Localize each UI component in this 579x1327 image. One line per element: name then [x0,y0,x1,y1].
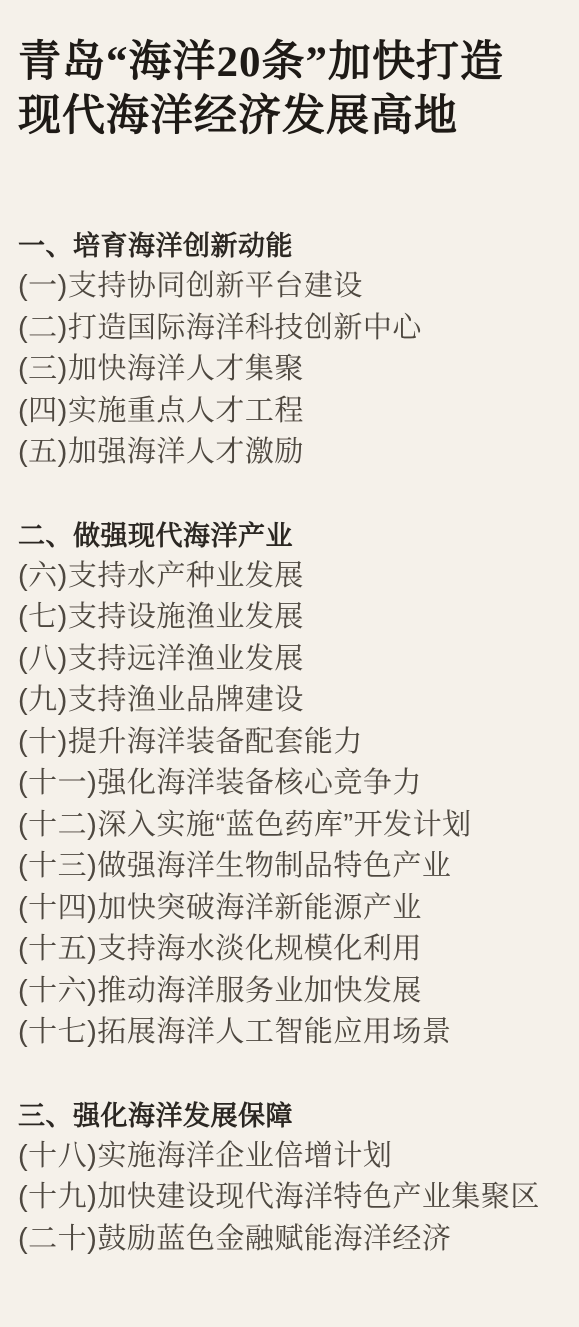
list-item: (十三)做强海洋生物制品特色产业 [18,846,565,888]
list-item: (九)支持渔业品牌建设 [18,680,565,722]
list-item: (十九)加快建设现代海洋特色产业集聚区 [18,1177,565,1219]
section-industry-heading: 二、做强现代海洋产业 [18,516,565,556]
section-innovation-list: (一)支持协同创新平台建设 (二)打造国际海洋科技创新中心 (三)加快海洋人才集… [18,266,565,474]
section-industry: 二、做强现代海洋产业 (六)支持水产种业发展 (七)支持设施渔业发展 (八)支持… [18,516,565,1054]
list-item: (六)支持水产种业发展 [18,556,565,598]
list-item: (十五)支持海水淡化规模化利用 [18,929,565,971]
section-innovation-heading: 一、培育海洋创新动能 [18,226,565,266]
list-item: (四)实施重点人才工程 [18,391,565,433]
page-title-line-1: 青岛“海洋20条”加快打造 [18,36,565,90]
list-item: (二)打造国际海洋科技创新中心 [18,308,565,350]
list-item: (十六)推动海洋服务业加快发展 [18,971,565,1013]
section-support-heading: 三、强化海洋发展保障 [18,1096,565,1136]
list-item: (十一)强化海洋装备核心竞争力 [18,763,565,805]
list-item: (十)提升海洋装备配套能力 [18,722,565,764]
list-item: (二十)鼓励蓝色金融赋能海洋经济 [18,1219,565,1261]
page-title: 青岛“海洋20条”加快打造 现代海洋经济发展高地 [18,36,565,144]
list-item: (三)加快海洋人才集聚 [18,349,565,391]
list-item: (十七)拓展海洋人工智能应用场景 [18,1012,565,1054]
list-item: (十八)实施海洋企业倍增计划 [18,1136,565,1178]
list-item: (一)支持协同创新平台建设 [18,266,565,308]
section-support-list: (十八)实施海洋企业倍增计划 (十九)加快建设现代海洋特色产业集聚区 (二十)鼓… [18,1136,565,1261]
list-item: (十四)加快突破海洋新能源产业 [18,888,565,930]
section-support: 三、强化海洋发展保障 (十八)实施海洋企业倍增计划 (十九)加快建设现代海洋特色… [18,1096,565,1261]
section-industry-list: (六)支持水产种业发展 (七)支持设施渔业发展 (八)支持远洋渔业发展 (九)支… [18,556,565,1054]
list-item: (五)加强海洋人才激励 [18,432,565,474]
section-innovation: 一、培育海洋创新动能 (一)支持协同创新平台建设 (二)打造国际海洋科技创新中心… [18,226,565,474]
infographic-page: 青岛“海洋20条”加快打造 现代海洋经济发展高地 一、培育海洋创新动能 (一)支… [0,0,579,1327]
page-title-line-2: 现代海洋经济发展高地 [18,90,565,144]
list-item: (十二)深入实施“蓝色药库”开发计划 [18,805,565,847]
list-item: (七)支持设施渔业发展 [18,597,565,639]
list-item: (八)支持远洋渔业发展 [18,639,565,681]
